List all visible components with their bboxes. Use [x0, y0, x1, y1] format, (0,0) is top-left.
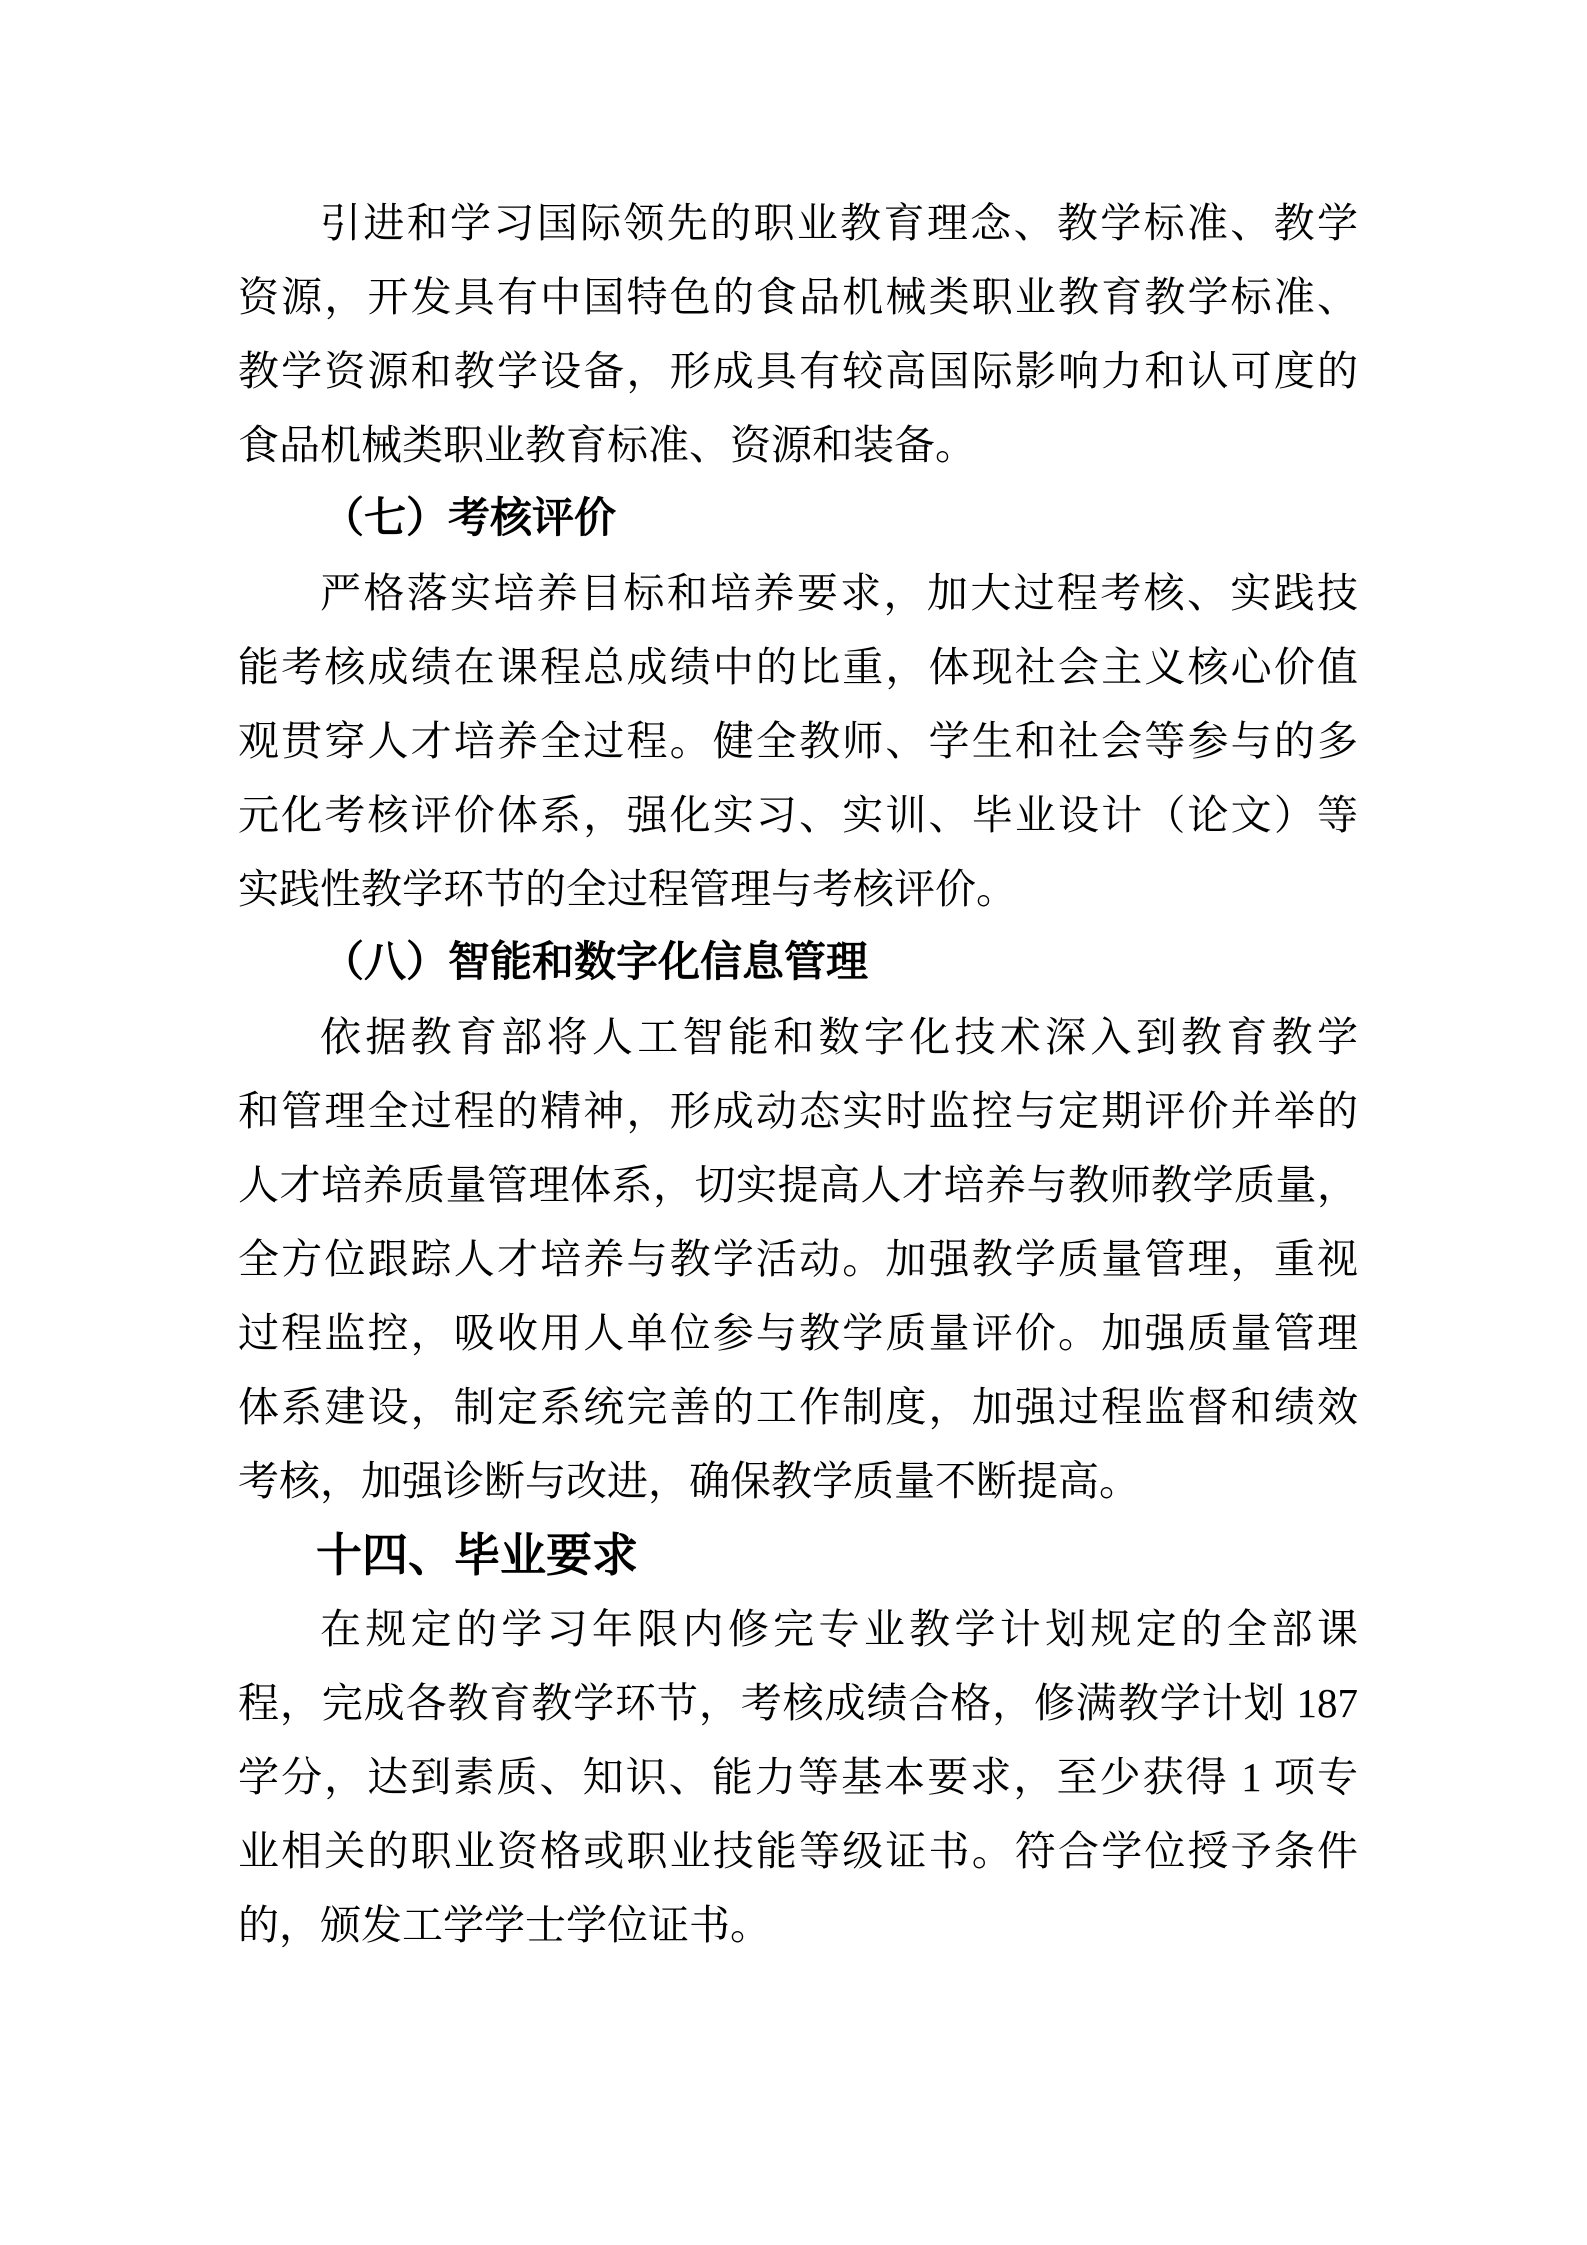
- section-heading: （七）考核评价: [238, 482, 1358, 556]
- paragraph-line: 能考核成绩在课程总成绩中的比重，体现社会主义核心价值: [238, 630, 1358, 704]
- paragraph-line: 资源，开发具有中国特色的食品机械类职业教育教学标准、: [238, 260, 1358, 334]
- document-body: 引进和学习国际领先的职业教育理念、教学标准、教学资源，开发具有中国特色的食品机械…: [238, 186, 1358, 1962]
- paragraph: 依据教育部将人工智能和数字化技术深入到教育教学和管理全过程的精神，形成动态实时监…: [238, 1000, 1358, 1518]
- paragraph-line: 业相关的职业资格或职业技能等级证书。符合学位授予条件: [238, 1814, 1358, 1888]
- paragraph-line: 引进和学习国际领先的职业教育理念、教学标准、教学: [238, 186, 1358, 260]
- document-page: 引进和学习国际领先的职业教育理念、教学标准、教学资源，开发具有中国特色的食品机械…: [0, 0, 1587, 2245]
- paragraph: 引进和学习国际领先的职业教育理念、教学标准、教学资源，开发具有中国特色的食品机械…: [238, 186, 1358, 482]
- paragraph-line: 的，颁发工学学士学位证书。: [238, 1888, 1358, 1962]
- paragraph-line: 学分，达到素质、知识、能力等基本要求，至少获得 1 项专: [238, 1740, 1358, 1814]
- paragraph-line: 食品机械类职业教育标准、资源和装备。: [238, 408, 1358, 482]
- paragraph-line: 实践性教学环节的全过程管理与考核评价。: [238, 852, 1358, 926]
- paragraph: 严格落实培养目标和培养要求，加大过程考核、实践技能考核成绩在课程总成绩中的比重，…: [238, 556, 1358, 926]
- paragraph-line: 元化考核评价体系，强化实习、实训、毕业设计（论文）等: [238, 778, 1358, 852]
- section-heading: （八）智能和数字化信息管理: [238, 926, 1358, 1000]
- paragraph-line: 在规定的学习年限内修完专业教学计划规定的全部课: [238, 1592, 1358, 1666]
- paragraph-line: 依据教育部将人工智能和数字化技术深入到教育教学: [238, 1000, 1358, 1074]
- paragraph-line: 人才培养质量管理体系，切实提高人才培养与教师教学质量，: [238, 1148, 1358, 1222]
- paragraph-line: 全方位跟踪人才培养与教学活动。加强教学质量管理，重视: [238, 1222, 1358, 1296]
- chapter-heading: 十四、毕业要求: [238, 1518, 1358, 1592]
- paragraph-line: 教学资源和教学设备，形成具有较高国际影响力和认可度的: [238, 334, 1358, 408]
- paragraph-line: 过程监控，吸收用人单位参与教学质量评价。加强质量管理: [238, 1296, 1358, 1370]
- paragraph-line: 严格落实培养目标和培养要求，加大过程考核、实践技: [238, 556, 1358, 630]
- paragraph-line: 和管理全过程的精神，形成动态实时监控与定期评价并举的: [238, 1074, 1358, 1148]
- paragraph-line: 观贯穿人才培养全过程。健全教师、学生和社会等参与的多: [238, 704, 1358, 778]
- paragraph: 在规定的学习年限内修完专业教学计划规定的全部课程，完成各教育教学环节，考核成绩合…: [238, 1592, 1358, 1962]
- paragraph-line: 考核，加强诊断与改进，确保教学质量不断提高。: [238, 1444, 1358, 1518]
- paragraph-line: 程，完成各教育教学环节，考核成绩合格，修满教学计划 187: [238, 1666, 1358, 1740]
- paragraph-line: 体系建设，制定系统完善的工作制度，加强过程监督和绩效: [238, 1370, 1358, 1444]
